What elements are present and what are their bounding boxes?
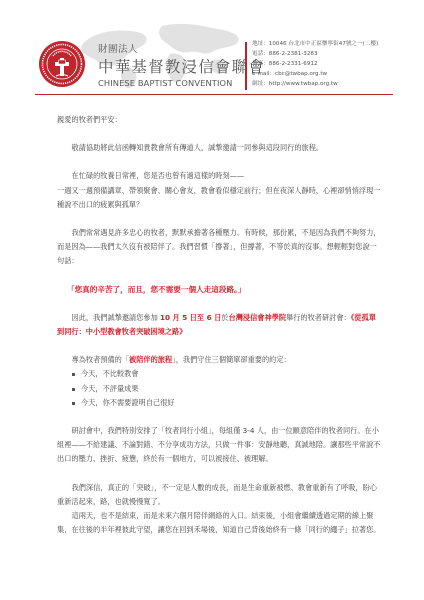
contact-phone: 電話：886-2-2381-3283 (252, 50, 378, 60)
paragraph-follow-up: 這兩天，也不是結束，而是未來六個月陪伴網絡的入口。結束後，小組會繼續透過定期的線… (57, 509, 382, 537)
paragraph-commitments-intro: 專為牧者預備的「被陪伴的旅程」，我們守住三個簡單卻重要的約定： (57, 353, 382, 367)
paragraph-busy-ministry-intro: 在忙碌的牧養日常裡，您是否也曾有過這樣的時刻—— (57, 169, 382, 183)
journey-highlight: 被陪伴的旅程 (129, 355, 172, 364)
invitation-text: 於 (221, 313, 228, 322)
contact-website[interactable]: 網址：http://www.twbap.org.tw (252, 80, 378, 90)
paragraph-pastors-pressure: 我們常常遇見許多忠心的牧者，默默承擔著各種壓力。有時候，那份累，不是因為我們不夠… (57, 226, 382, 269)
event-date: 10 月 5 日至 6 日 (160, 313, 221, 322)
commitment-item: 今天，不評量成果 (71, 382, 382, 396)
commitments-text: 專為牧者預備的「 (72, 355, 130, 364)
paragraph-request: 敬請協助將此信函轉知貴教會所有傳道人，誠摯邀請一同參與這段同行的旅程。 (57, 141, 382, 155)
paragraph-small-groups: 研討會中，我們特別安排了「牧者同行小組」，每組僅 3-4 人，由一位願意陪伴的牧… (57, 424, 382, 467)
paragraph-invitation: 因此，我們誠摯邀請您參加 10 月 5 日至 6 日於台灣浸信會神學院舉行的牧者… (57, 311, 382, 339)
contact-divider (245, 42, 247, 90)
contact-info: 地址：10046 台北市中正區懷寧街47號之一(二樓) 電話：886-2-238… (252, 40, 378, 90)
salutation: 親愛的牧者們平安： (57, 113, 382, 127)
organization-name-block: 財團法人 中華基督教浸信會聯會 CHINESE BAPTIST CONVENTI… (98, 44, 265, 89)
commitment-item: 今天，不比較教會 (71, 367, 382, 381)
invitation-text: 舉行的牧者研討會： (286, 313, 351, 322)
header-divider (35, 94, 393, 95)
org-name-english: CHINESE BAPTIST CONVENTION (98, 78, 265, 89)
commitments-text: 」，我們守住三個簡單卻重要的約定： (172, 355, 291, 364)
contact-fax: 傳真：886-2-2331-6912 (252, 60, 378, 70)
foundation-label: 財團法人 (98, 44, 265, 56)
event-venue: 台灣浸信會神學院 (229, 313, 287, 322)
commitments-list: 今天，不比較教會 今天，不評量成果 今天，你不需要證明自己很好 (57, 367, 382, 410)
paragraph-busy-ministry: 一週又一週預備講章、帶領聚會、關心會友，教會看似穩定前行；但在夜深人靜時，心裡卻… (57, 184, 382, 212)
org-name-chinese: 中華基督教浸信會聯會 (98, 57, 265, 77)
contact-address: 地址：10046 台北市中正區懷寧街47號之一(二樓) (252, 40, 378, 50)
contact-email[interactable]: e-mail：cbc@twbap.org.tw (252, 70, 378, 80)
highlight-quote: 「您真的辛苦了，而且，您不需要一個人走這段路。」 (57, 283, 382, 297)
commitment-item: 今天，你不需要證明自己很好 (71, 396, 382, 410)
baptist-cross-seal-icon (38, 40, 86, 88)
letter-body: 親愛的牧者們平安： 敬請協助將此信函轉知貴教會所有傳道人，誠摯邀請一同參與這段同… (57, 113, 382, 537)
paragraph-breakthrough: 我們深信，真正的「突破」，不一定是人數的成長，而是生命重新被燃、教會重新有了呼吸… (57, 481, 382, 509)
invitation-text: 因此，我們誠摯邀請您參加 (72, 313, 161, 322)
letterhead: 財團法人 中華基督教浸信會聯會 CHINESE BAPTIST CONVENTI… (0, 0, 424, 100)
